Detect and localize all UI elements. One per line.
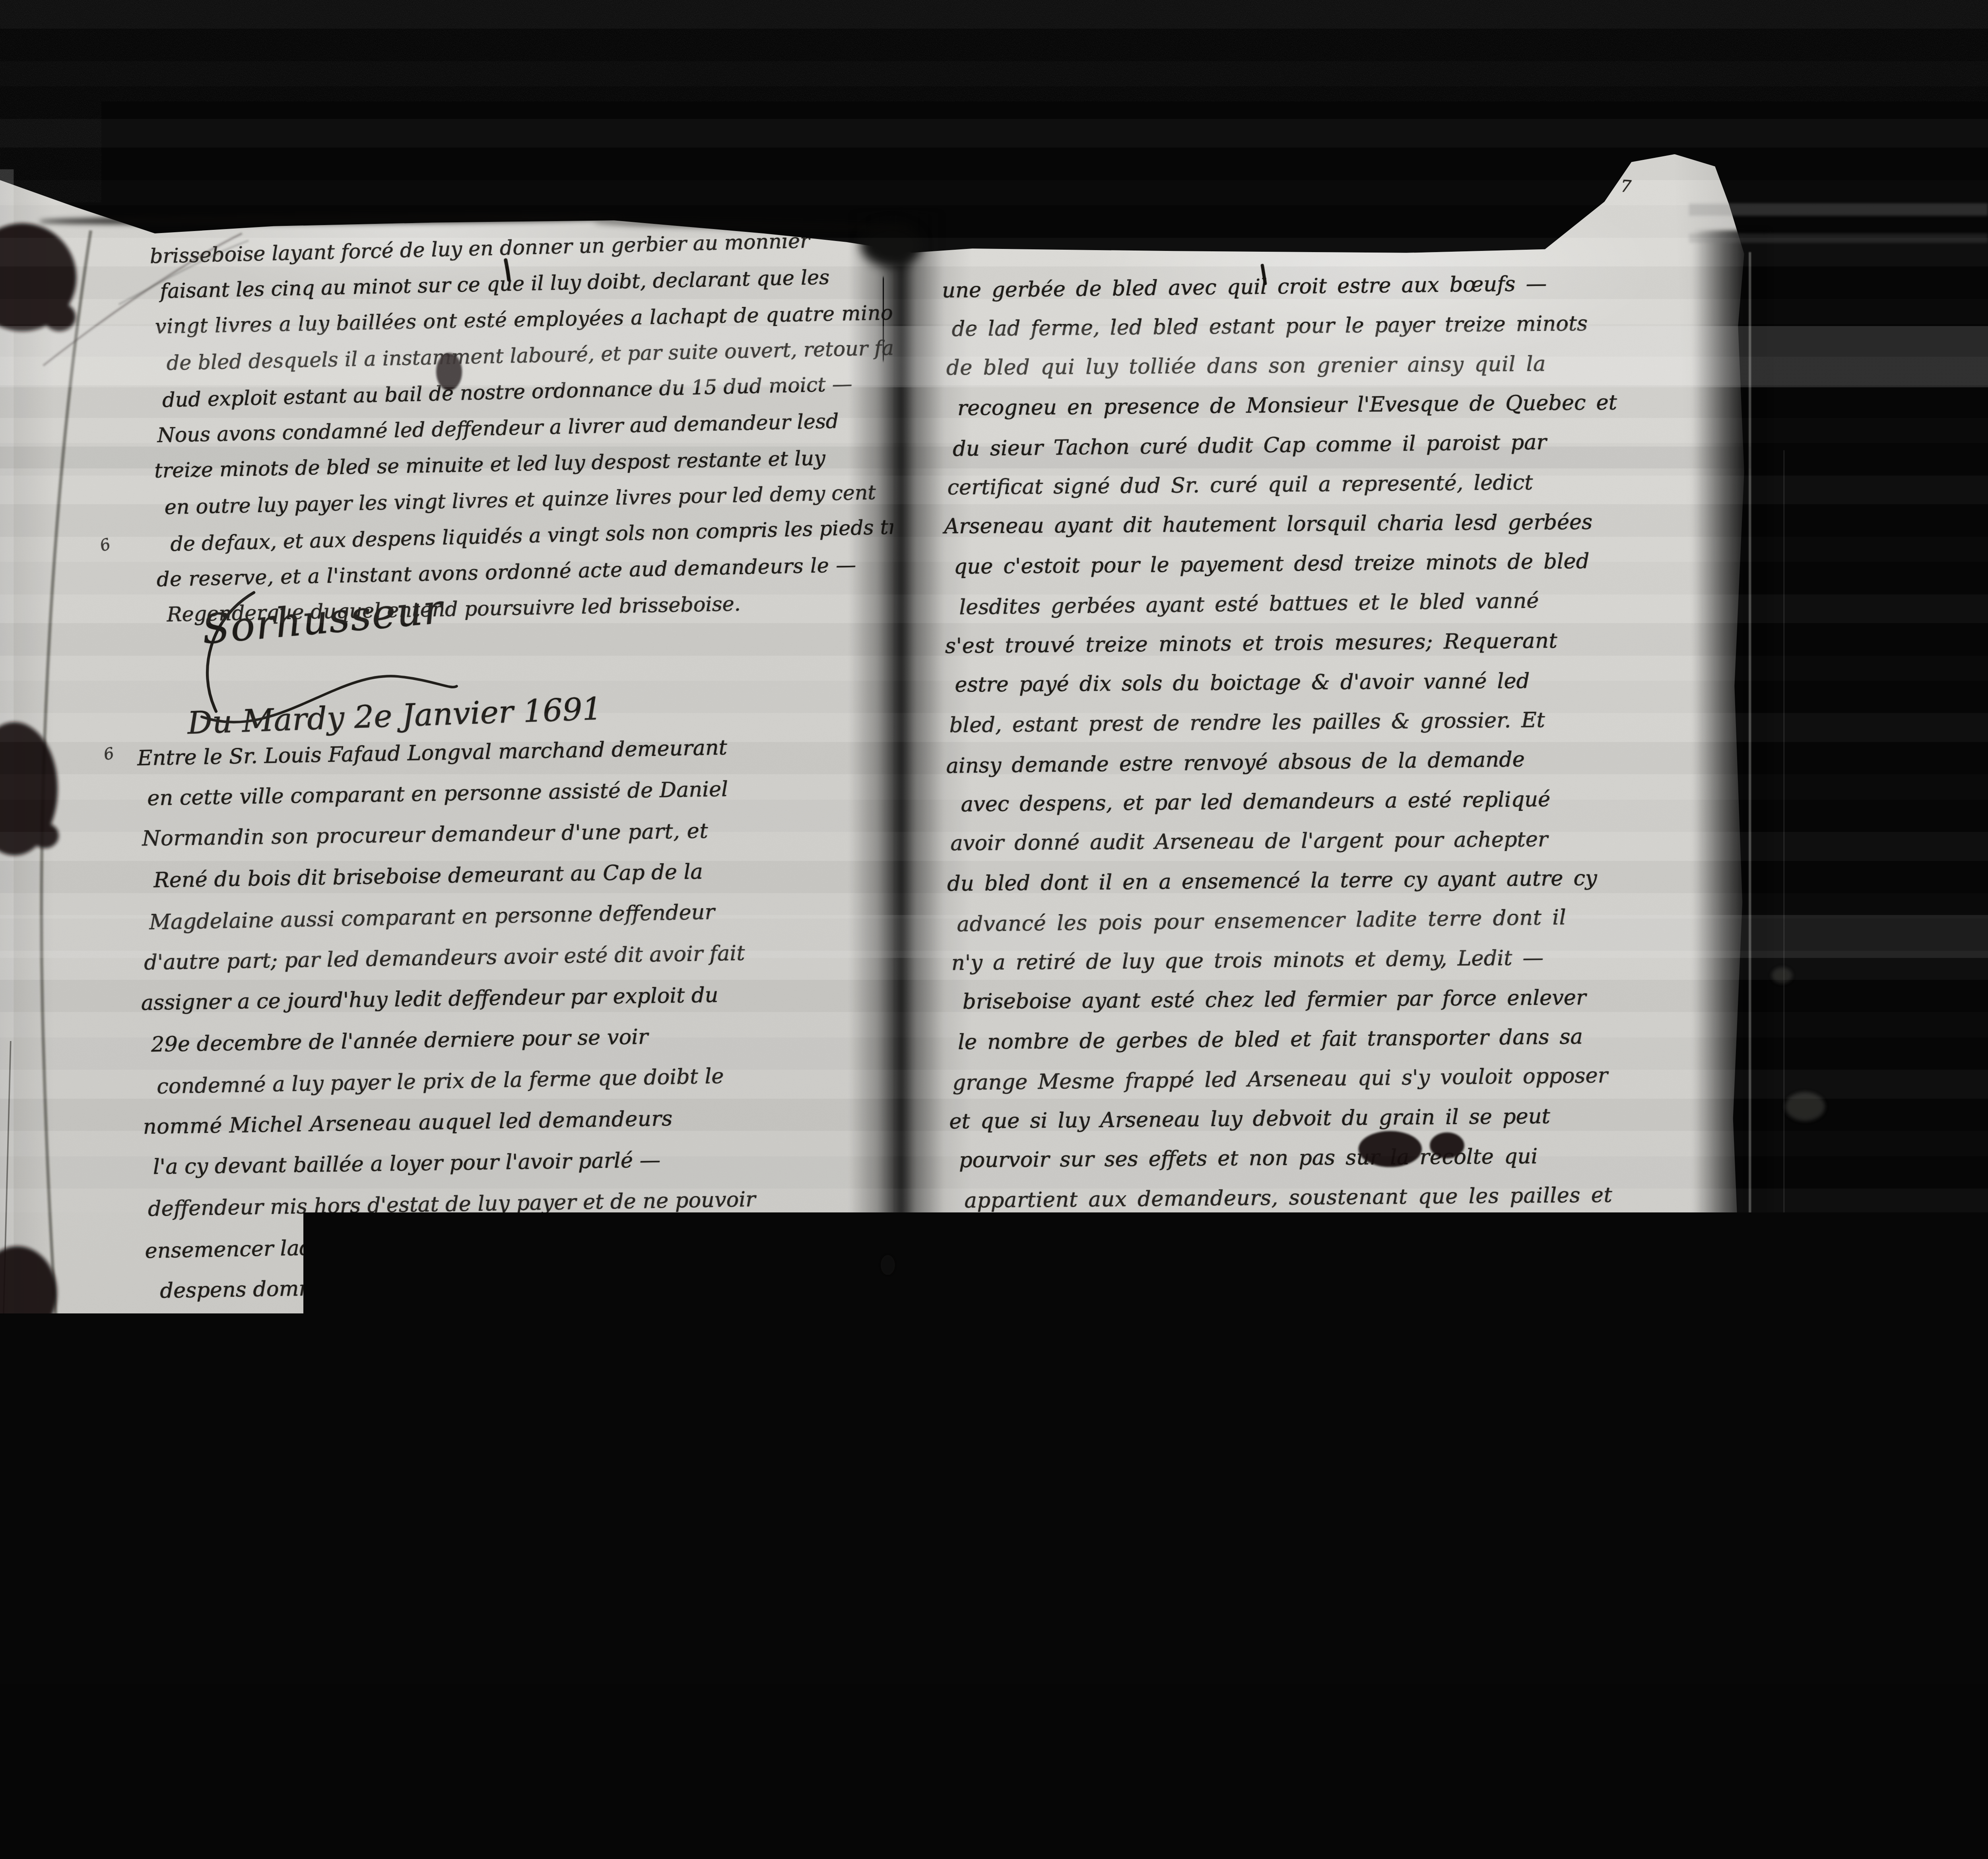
page-number-left: 6 <box>158 208 173 231</box>
manuscript-line: prochaine, dont led deffendeur est respo… <box>966 1371 1744 1419</box>
manuscript-line: appartient aux demandeurs, soustenant qu… <box>964 1174 1742 1220</box>
manuscript-line: certificat signé dud Sr. curé quil a rep… <box>947 460 1736 507</box>
manuscript-line: lesd trois minots et demy de poix, parti… <box>952 1452 1745 1497</box>
right-page: 7 une gerbée de bled avec quil croit est… <box>893 151 1765 1621</box>
film-marks <box>1772 967 1825 1121</box>
manuscript-line: et que si luy Arseneau luy debvoit du gr… <box>949 1094 1742 1141</box>
manuscript-line: nourriture des bestiaux ayant esté oblig… <box>960 1253 1743 1300</box>
page-stack-edge-highlight <box>1749 252 1751 1563</box>
margin-mark: 6 <box>102 744 115 764</box>
right-page-text-block: une gerbée de bled avec quil croit estre… <box>942 262 1745 1498</box>
entry-text-block: Entre le Sr. Louis Fafaud Longval marcha… <box>137 725 883 1475</box>
margin-mark: 6 <box>97 535 113 556</box>
left-page: 6 brisseboise layant forcé de luy en don… <box>0 166 911 1664</box>
manuscript-line: estre payé dix sols du boictage & d'avoi… <box>955 660 1738 705</box>
microfilm-scan-frame: 6 brisseboise layant forcé de luy en don… <box>0 0 1988 1684</box>
manuscript-line: lesdites gerbées ayant esté battues et l… <box>959 579 1738 627</box>
manuscript-line: pourvoir sur ses effets et non pas sur l… <box>959 1135 1742 1180</box>
film-scratch-line <box>1784 450 1785 1224</box>
manuscript-line: Arseneau ayant dit hautement lorsquil ch… <box>944 501 1736 546</box>
manuscript-line: du sieur Tachon curé dudit Cap comme il … <box>953 420 1736 468</box>
manuscript-line: esté payé d'aucune advance faite audit f… <box>955 1412 1744 1458</box>
manuscript-line: le nombre de gerbes de bled et fait tran… <box>958 1015 1741 1062</box>
manuscript-line: recogneu en presence de Monsieur l'Evesq… <box>957 381 1735 428</box>
manuscript-line: advancé les pois pour ensemencer ladite … <box>957 896 1740 944</box>
film-band <box>0 1638 1988 1659</box>
page-number-right: 7 <box>1620 176 1632 196</box>
judgment-text-block: brisseboise layant forcé de luy en donne… <box>149 223 871 634</box>
manuscript-line: amener en cette ville pour les y nourrir… <box>954 1294 1743 1338</box>
manuscript-line: briseboise ayant esté chez led fermier p… <box>963 977 1741 1022</box>
manuscript-line: que c'estoit pour le payement desd treiz… <box>953 540 1737 587</box>
manuscript-line: de lad ferme, led bled estant pour le pa… <box>951 302 1735 349</box>
manuscript-line: grange Mesme frappé led Arseneau qui s'y… <box>952 1054 1741 1102</box>
manuscript-line: s'est trouvé treize minots et trois mesu… <box>945 619 1738 666</box>
manuscript-line: n'y a retiré de luy que trois minots et … <box>951 936 1740 983</box>
manuscript-line: avec despens, et par led demandeurs a es… <box>961 777 1739 824</box>
film-streak <box>1689 204 1988 216</box>
manuscript-line: avoir donné audit Arseneau de l'argent p… <box>950 818 1739 863</box>
manuscript-line: de bled qui luy tolliée dans son grenier… <box>946 342 1735 387</box>
